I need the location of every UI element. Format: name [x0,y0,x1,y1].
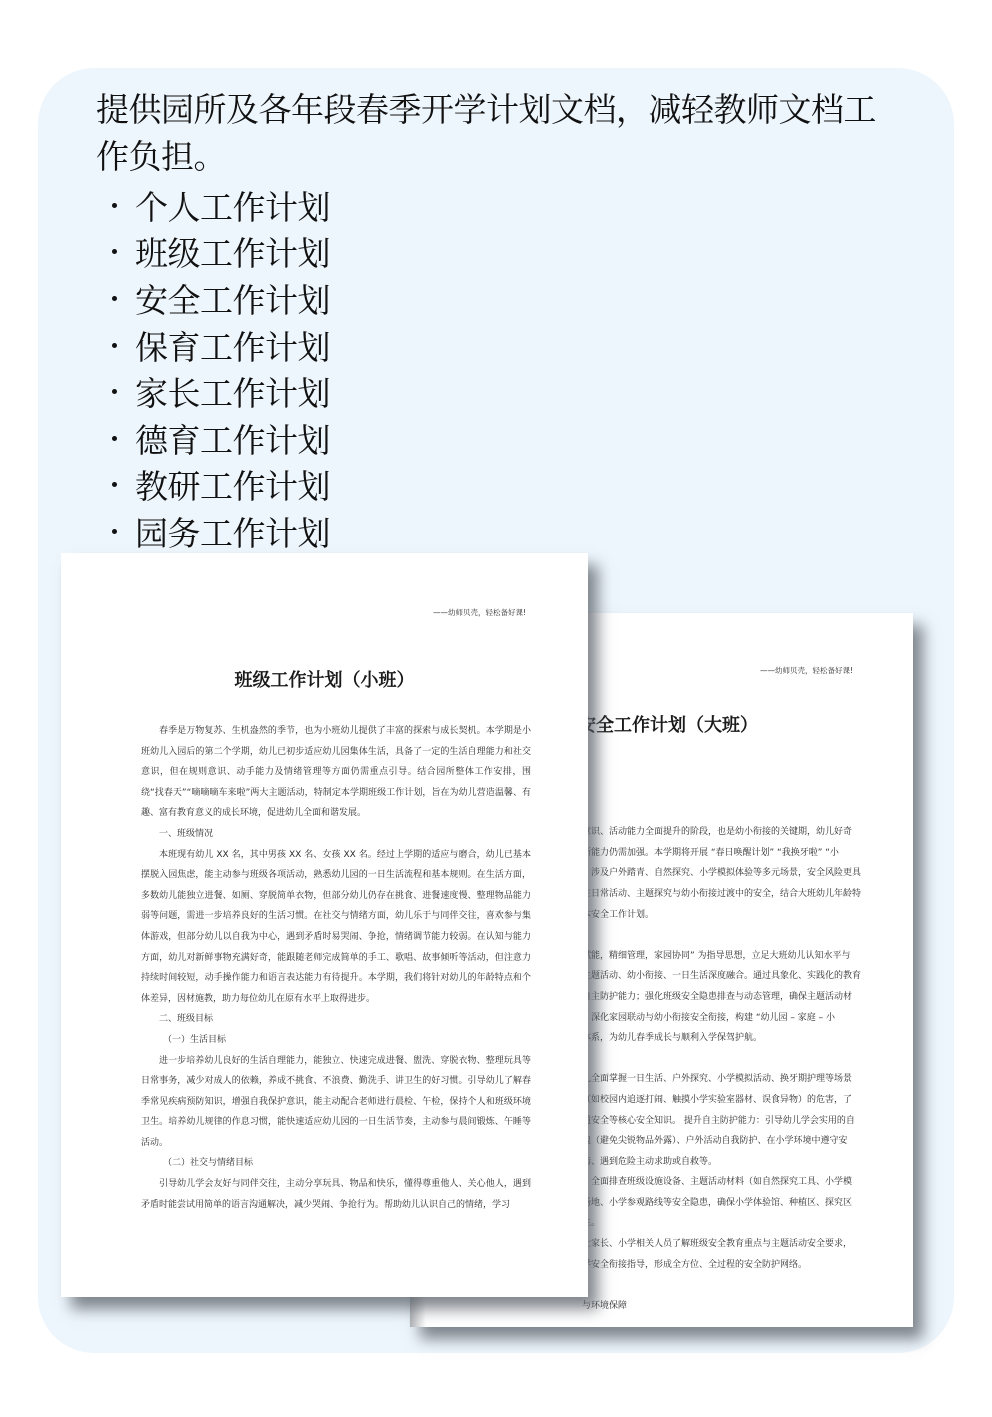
bullet-icon [112,249,117,254]
doc-line [582,1049,864,1070]
doc-body: 春季是万物复苏、生机盎然的季节，也为小班幼儿提供了丰富的探索与成长契机。本学期是… [141,721,531,1215]
doc-line: 与环境保障 [582,1296,864,1317]
bullet-icon [112,436,117,441]
doc-tagline: ——幼师贝壳，轻松备好课! [433,607,526,618]
bullet-icon [112,296,117,301]
doc-line: 生。 [582,1213,864,1234]
bullet-icon [112,203,117,208]
doc-paragraph: 春季是万物复苏、生机盎然的季节，也为小班幼儿提供了丰富的探索与成长契机。本学期是… [141,721,531,824]
bullet-icon [112,389,117,394]
plan-item-care: 保育工作计划 [104,322,330,369]
doc-tagline: ——幼师贝壳，轻松备好课! [760,665,853,676]
doc-line: 通安全等核心安全知识。 提升自主防护能力：引导幼儿学会实用的自 [582,1111,864,1132]
doc-title: 安全工作计划（大班） [578,711,758,737]
plan-label: 教研工作计划 [135,461,330,508]
doc-line: ；深化家园联动与幼小衔接安全衔接，构建 “幼儿园 – 家庭 – 小 [582,1008,864,1029]
plan-item-admin: 园务工作计划 [104,508,330,555]
plan-label: 保育工作计划 [135,322,330,369]
bullet-icon [112,482,117,487]
doc-line: 断能力仍需加强。本学期将开展 “春日唤醒计划” “我换牙啦” “小 [582,843,864,864]
doc-line [582,802,864,823]
plan-item-safety: 安全工作计划 [104,275,330,322]
bullet-icon [112,343,117,348]
doc-line: 儿全面掌握一日生活、户外探究、小学模拟活动、换牙期护理等场景 [582,1069,864,1090]
doc-line: 本安全工作计划。 [582,905,864,926]
doc-line: 场地、小学参观路线等安全隐患，确保小学体验馆、种植区、探究区 [582,1193,864,1214]
doc-line [582,1275,864,1296]
doc-line: 齿、遇到危险主动求助或自救等。 [582,1152,864,1173]
doc-title: 班级工作计划（小班） [61,666,588,692]
plan-item-moral: 德育工作计划 [104,415,330,462]
doc-line: 在日常活动、主题探究与幼小衔接过渡中的安全，结合大班幼儿年龄特 [582,884,864,905]
doc-subsection-heading: （二）社交与情绪目标 [141,1153,531,1174]
doc-line: 学安全衔接指导，形成全方位、全过程的安全防护网络。 [582,1255,864,1276]
intro-text: 提供园所及各年段春季开学计划文档，减轻教师文档工作负担。 [96,86,896,180]
plan-label: 个人工作计划 [135,182,330,229]
bullet-icon [112,529,117,534]
doc-line: 自主防护能力；强化班级安全隐患排查与动态管理，确保主题活动材 [582,987,864,1008]
doc-body: 意识、活动能力全面提升的阶段，也是幼小衔接的关键期，幼儿好奇 断能力仍需加强。本… [582,781,864,1316]
doc-line: 主题活动、幼小衔接、一日生活深度融合。通过具象化、实践化的教育 [582,966,864,987]
doc-line [582,781,864,802]
plan-label: 德育工作计划 [135,415,330,462]
plan-list: 个人工作计划 班级工作计划 安全工作计划 保育工作计划 家长工作计划 德育工作计… [104,182,330,555]
doc-line: 意识、活动能力全面提升的阶段，也是幼小衔接的关键期，幼儿好奇 [582,822,864,843]
plan-item-class: 班级工作计划 [104,229,330,276]
doc-subsection-heading: （一）生活目标 [141,1030,531,1051]
doc-paragraph: 引导幼儿学会友好与同伴交往，主动分享玩具、物品和快乐，懂得尊重他人、关心他人，遇… [141,1174,531,1215]
plan-item-parents: 家长工作计划 [104,368,330,415]
plan-item-research: 教研工作计划 [104,462,330,509]
plan-label: 家长工作计划 [135,368,330,415]
doc-line: ：全面排查班级设施设备、主题活动材料（如自然探究工具、小学模 [582,1172,864,1193]
doc-section-heading: 二、班级目标 [141,1009,531,1030]
doc-paragraph: 本班现有幼儿 XX 名，其中男孩 XX 名、女孩 XX 名。经过上学期的适应与磨… [141,845,531,1010]
doc-line: 体系，为幼儿春季成长与顺利入学保驾护航。 [582,1028,864,1049]
doc-section-heading: 一、班级情况 [141,824,531,845]
doc-line: （如校园内追逐打闹、触摸小学实验室器材、误食异物）的危害，了 [582,1090,864,1111]
doc-paragraph: 进一步培养幼儿良好的生活自理能力，能独立、快速完成进餐、盥洗、穿脱衣物、整理玩具… [141,1051,531,1154]
doc-line: ，涉及户外踏青、自然探究、小学模拟体验等多元场景，安全风险更具 [582,863,864,884]
doc-line: 包（避免尖锐物品外露）、户外活动自我防护、在小学环境中遵守安 [582,1131,864,1152]
doc-line: 让家长、小学相关人员了解班级安全教育重点与主题活动安全要求， [582,1234,864,1255]
document-preview-class-plan: ——幼师贝壳，轻松备好课! 班级工作计划（小班） 春季是万物复苏、生机盎然的季节… [61,553,588,1297]
doc-line [582,925,864,946]
plan-label: 班级工作计划 [135,228,330,275]
plan-item-personal: 个人工作计划 [104,182,330,229]
plan-label: 安全工作计划 [135,275,330,322]
doc-line: 赋能，精细管理，家园协同” 为指导思想，立足大班幼儿认知水平与 [582,946,864,967]
plan-label: 园务工作计划 [135,508,330,555]
